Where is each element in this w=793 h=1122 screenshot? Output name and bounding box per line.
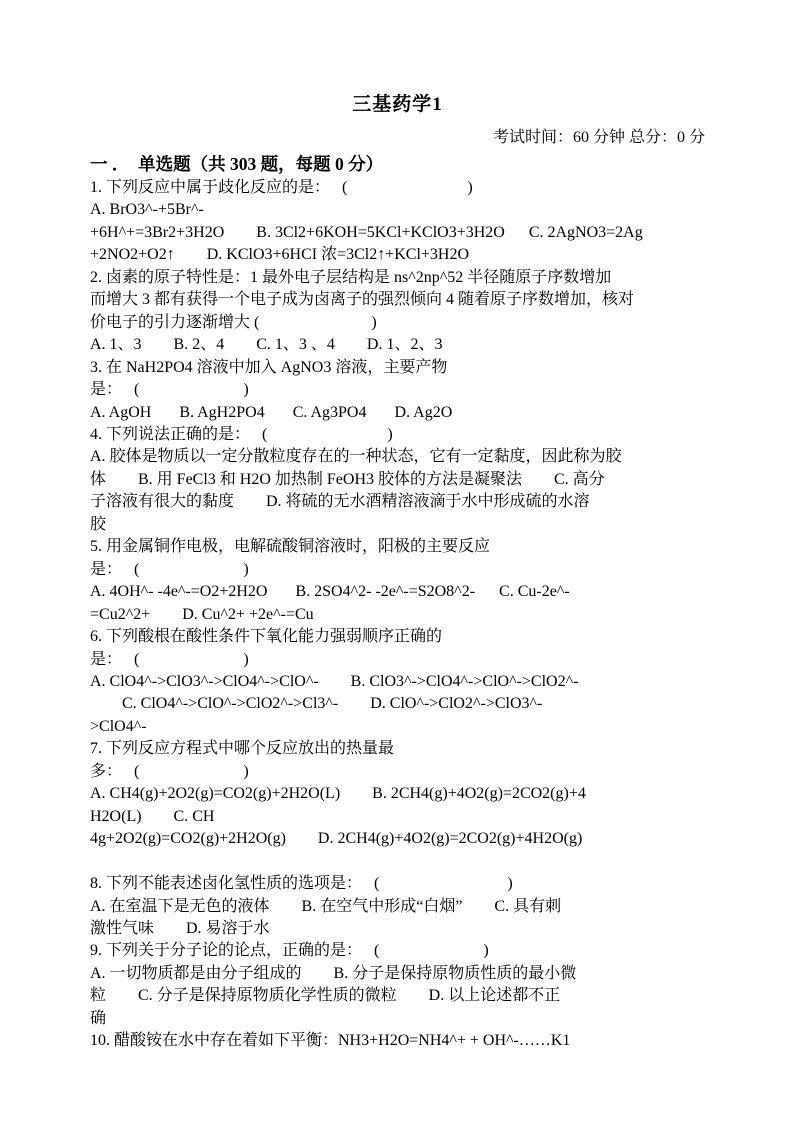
document-line: 4. 下列说法正确的是： ( ) [90, 424, 705, 446]
document-line: 粒 C. 分子是保持原物质化学性质的微粒 D. 以上论述都不正 [90, 985, 705, 1007]
document-line: 8. 下列不能表述卤化氢性质的选项是： ( ) [90, 873, 705, 895]
question-list: 1. 下列反应中属于歧化反应的是： ( )A. BrO3^-+5Br^-+6H^… [90, 177, 705, 1053]
document-line: 子溶液有很大的黏度 D. 将硫的无水酒精溶液滴于水中形成硫的水溶 [90, 491, 705, 513]
document-line: =Cu2^2+ D. Cu^2+ +2e^-=Cu [90, 604, 705, 626]
document-line: 10. 醋酸铵在水中存在着如下平衡：NH3+H2O=NH4^+ + OH^-……… [90, 1030, 705, 1052]
document-title: 三基药学1 [90, 93, 705, 117]
exam-meta: 考试时间：60 分钟 总分：0 分 [90, 127, 705, 149]
document-line: +2NO2+O2↑ D. KClO3+6HCI 浓=3Cl2↑+KCl+3H2O [90, 244, 705, 266]
document-line: +6H^+=3Br2+3H2O B. 3Cl2+6KOH=5KCl+KClO3+… [90, 222, 705, 244]
document-line: 9. 下列关于分子论的论点，正确的是： ( ) [90, 940, 705, 962]
section-header: 一 ． 单选题（共 303 题，每题 0 分） [90, 153, 705, 176]
document-line: 多： ( ) [90, 761, 705, 783]
exam-document-page: 三基药学1 考试时间：60 分钟 总分：0 分 一 ． 单选题（共 303 题，… [0, 0, 793, 1122]
document-line: A. 胶体是物质以一定分散粒度存在的一种状态，它有一定黏度，因此称为胶 [90, 446, 705, 468]
document-line: A. CH4(g)+2O2(g)=CO2(g)+2H2O(L) B. 2CH4(… [90, 783, 705, 805]
document-line: 是： ( ) [90, 649, 705, 671]
document-line: H2O(L) C. CH [90, 806, 705, 828]
document-line [90, 851, 705, 873]
document-line: A. AgOH B. AgH2PO4 C. Ag3PO4 D. Ag2O [90, 402, 705, 424]
document-line: 是： ( ) [90, 559, 705, 581]
document-line: A. 1、3 B. 2、4 C. 1、3 、4 D. 1、2、3 [90, 334, 705, 356]
document-line: 确 [90, 1008, 705, 1030]
document-line: 4g+2O2(g)=CO2(g)+2H2O(g) D. 2CH4(g)+4O2(… [90, 828, 705, 850]
document-line: C. ClO4^->ClO^->ClO2^->Cl3^- D. ClO^->Cl… [90, 693, 705, 715]
document-line: 3. 在 NaH2PO4 溶液中加入 AgNO3 溶液，主要产物 [90, 357, 705, 379]
document-line: 体 B. 用 FeCl3 和 H2O 加热制 FeOH3 胶体的方法是凝聚法 C… [90, 469, 705, 491]
document-line: A. 4OH^- -4e^-=O2+2H2O B. 2SO4^2- -2e^-=… [90, 581, 705, 603]
document-line: 6. 下列酸根在酸性条件下氧化能力强弱顺序正确的 [90, 626, 705, 648]
document-line: 激性气味 D. 易溶于水 [90, 918, 705, 940]
document-line: 而增大 3 都有获得一个电子成为卤离子的强烈倾向 4 随着原子序数增加，核对 [90, 289, 705, 311]
document-line: 1. 下列反应中属于歧化反应的是： ( ) [90, 177, 705, 199]
document-line: A. BrO3^-+5Br^- [90, 199, 705, 221]
document-line: 是： ( ) [90, 379, 705, 401]
document-line: 5. 用金属铜作电极，电解硫酸铜溶液时，阳极的主要反应 [90, 536, 705, 558]
document-line: A. 在室温下是无色的液体 B. 在空气中形成“白烟” C. 具有刺 [90, 896, 705, 918]
document-line: 价电子的引力逐渐增大 ( ) [90, 312, 705, 334]
document-line: 胶 [90, 514, 705, 536]
document-line: 2. 卤素的原子特性是：1 最外电子层结构是 ns^2np^52 半径随原子序数… [90, 267, 705, 289]
document-line: >ClO4^- [90, 716, 705, 738]
document-line: A. ClO4^->ClO3^->ClO4^->ClO^- B. ClO3^->… [90, 671, 705, 693]
document-line: 7. 下列反应方程式中哪个反应放出的热量最 [90, 738, 705, 760]
document-line: A. 一切物质都是由分子组成的 B. 分子是保持原物质性质的最小微 [90, 963, 705, 985]
